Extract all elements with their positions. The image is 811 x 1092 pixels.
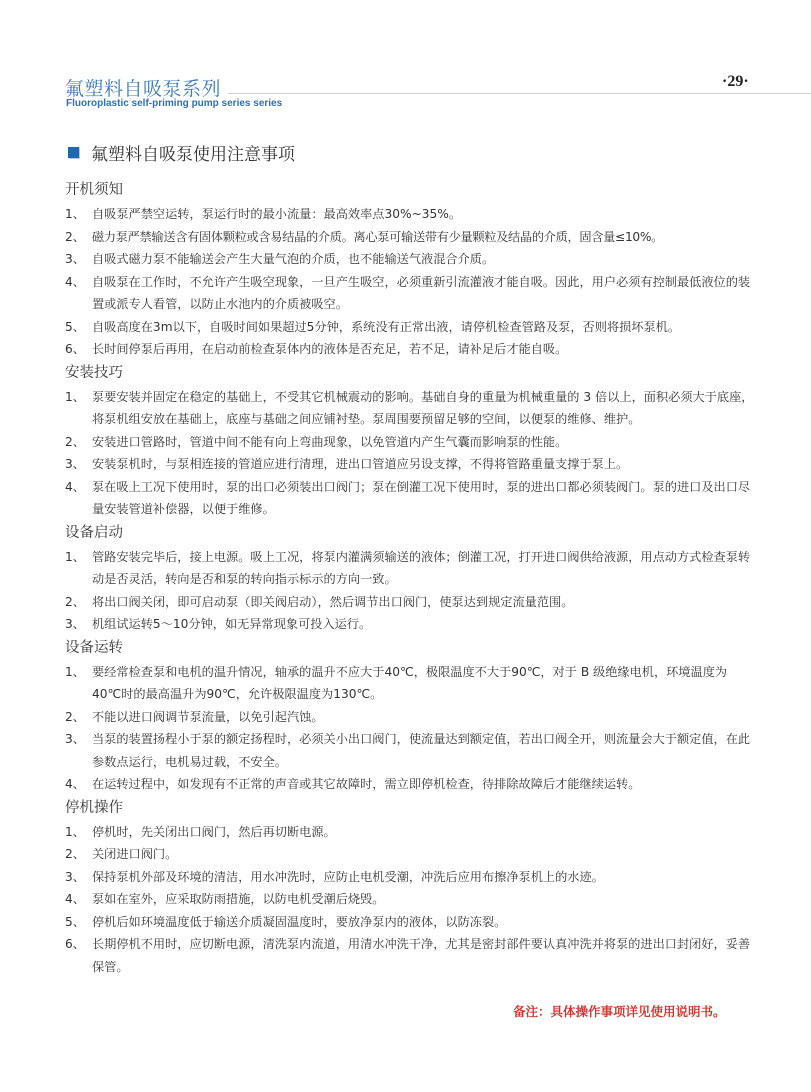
group-heading: 设备启动 — [65, 521, 755, 545]
list-item: 2、不能以进口阀调节泵流量，以免引起汽蚀。 — [65, 706, 755, 729]
list-item: 6、长期停机不用时，应切断电源，清洗泵内流道，用清水冲洗干净，尤其是密封部件要认… — [65, 933, 755, 978]
group-heading: 开机须知 — [65, 178, 755, 202]
blue-square-bullet-icon — [68, 147, 79, 158]
footnote-remark: 备注：具体操作事项详见使用说明书。 — [513, 1002, 726, 1020]
group-heading: 停机操作 — [65, 796, 755, 820]
section-title: 氟塑料自吸泵使用注意事项 — [91, 140, 295, 165]
list-item: 2、关闭进口阀门。 — [65, 843, 755, 866]
list-item: 3、当泵的装置扬程小于泵的额定扬程时，必须关小出口阀门，使流量达到额定值，若出口… — [65, 728, 755, 773]
series-title-en: Fluoroplastic self-priming pump series s… — [66, 98, 282, 109]
list-item: 2、磁力泵严禁输送含有固体颗粒或含易结晶的介质。离心泵可输送带有少量颗粒及结晶的… — [65, 226, 755, 249]
list-item: 5、自吸高度在3m以下，自吸时间如果超过5分钟，系统没有正常出液，请停机检查管路… — [65, 316, 755, 339]
group-startup-notice: 开机须知 1、自吸泵严禁空运转，泵运行时的最小流量：最高效率点30%~35%。 … — [65, 178, 755, 361]
list-item: 1、要经常检查泵和电机的温升情况，轴承的温升不应大于40℃，极限温度不大于90℃… — [65, 661, 755, 706]
list-item: 1、停机时，先关闭出口阀门，然后再切断电源。 — [65, 821, 755, 844]
list-item: 4、泵在吸上工况下使用时，泵的出口必须装出口阀门；泵在倒灌工况下使用时，泵的进出… — [65, 476, 755, 521]
list-item: 2、安装进口管路时，管道中间不能有向上弯曲现象，以免管道内产生气囊而影响泵的性能… — [65, 431, 755, 454]
list-item: 3、安装泵机时，与泵相连接的管道应进行清理，进出口管道应另设支撑，不得将管路重量… — [65, 453, 755, 476]
group-heading: 设备运转 — [65, 636, 755, 660]
list-item: 4、泵如在室外，应采取防雨措施，以防电机受潮后烧毁。 — [65, 888, 755, 911]
content-body: 开机须知 1、自吸泵严禁空运转，泵运行时的最小流量：最高效率点30%~35%。 … — [65, 178, 755, 978]
list-item: 1、自吸泵严禁空运转，泵运行时的最小流量：最高效率点30%~35%。 — [65, 203, 755, 226]
group-equipment-startup: 设备启动 1、管路安装完毕后，接上电源。吸上工况，将泵内灌满须输送的液体；倒灌工… — [65, 521, 755, 636]
page-header: 氟塑料自吸泵系列 Fluoroplastic self-priming pump… — [0, 0, 811, 120]
group-installation-tips: 安装技巧 1、泵要安装并固定在稳定的基础上，不受其它机械震动的影响。基础自身的重… — [65, 361, 755, 521]
group-shutdown-operation: 停机操作 1、停机时，先关闭出口阀门，然后再切断电源。 2、关闭进口阀门。 3、… — [65, 796, 755, 979]
section-heading: 氟塑料自吸泵使用注意事项 — [68, 140, 295, 165]
series-title-cn: 氟塑料自吸泵系列 — [65, 74, 221, 101]
list-item: 6、长时间停泵后再用，在启动前检查泵体内的液体是否充足，若不足，请补足后才能自吸… — [65, 338, 755, 361]
group-heading: 安装技巧 — [65, 361, 755, 385]
page-number: ·29· — [722, 73, 749, 91]
list-item: 1、管路安装完毕后，接上电源。吸上工况，将泵内灌满须输送的液体；倒灌工况，打开进… — [65, 546, 755, 591]
list-item: 4、自吸泵在工作时，不允许产生吸空现象，一旦产生吸空，必须重新引流灌液才能自吸。… — [65, 271, 755, 316]
list-item: 3、保持泵机外部及环境的清洁，用水冲洗时，应防止电机受潮，冲洗后应用布擦净泵机上… — [65, 866, 755, 889]
header-divider — [228, 93, 811, 94]
list-item: 4、在运转过程中，如发现有不正常的声音或其它故障时，需立即停机检查，待排除故障后… — [65, 773, 755, 796]
list-item: 1、泵要安装并固定在稳定的基础上，不受其它机械震动的影响。基础自身的重量为机械重… — [65, 386, 755, 431]
list-item: 3、自吸式磁力泵不能输送会产生大量气泡的介质，也不能输送气液混合介质。 — [65, 248, 755, 271]
list-item: 2、将出口阀关闭，即可启动泵（即关阀启动），然后调节出口阀门，使泵达到规定流量范… — [65, 591, 755, 614]
group-equipment-operation: 设备运转 1、要经常检查泵和电机的温升情况，轴承的温升不应大于40℃，极限温度不… — [65, 636, 755, 796]
list-item: 3、机组试运转5～10分钟，如无异常现象可投入运行。 — [65, 613, 755, 636]
list-item: 5、停机后如环境温度低于输送介质凝固温度时，要放净泵内的液体，以防冻裂。 — [65, 911, 755, 934]
